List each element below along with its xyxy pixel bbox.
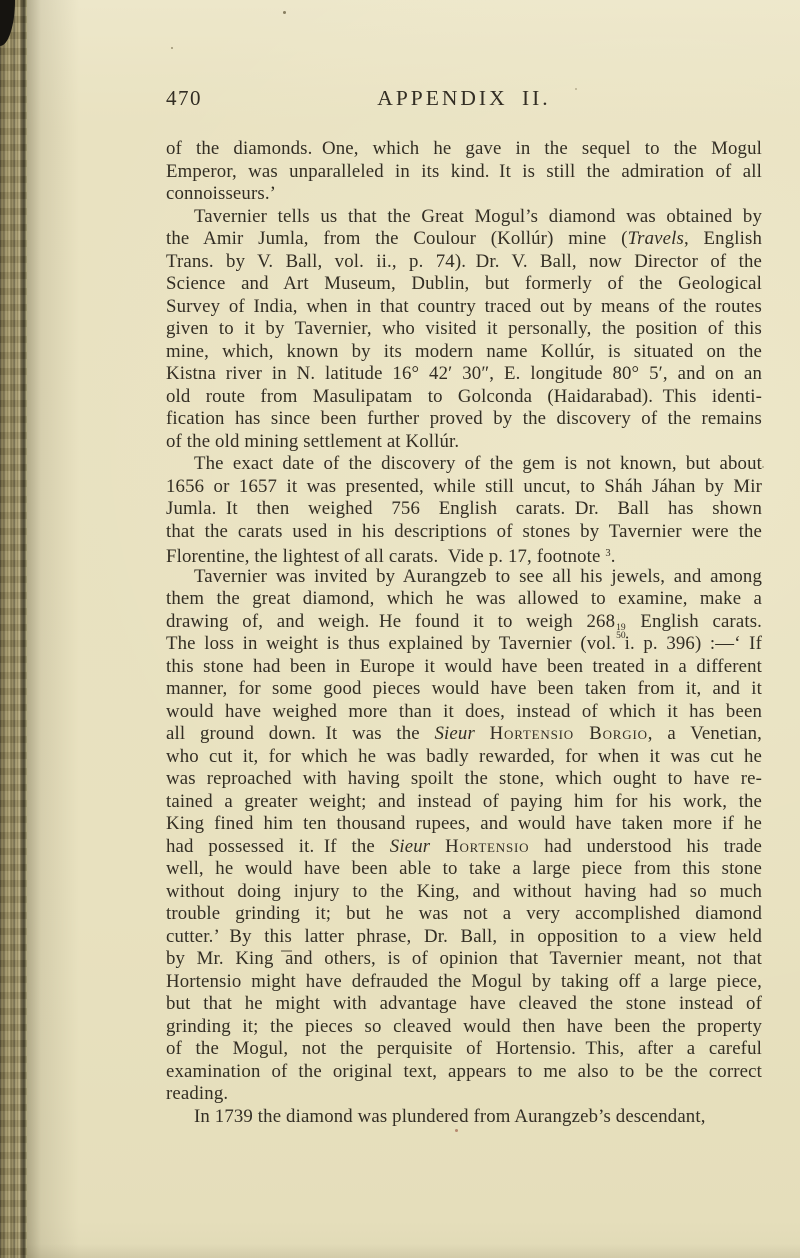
text-line: but that he might with advantage have cl…: [166, 993, 762, 1016]
text-line: drawing of, and weigh. He found it to we…: [166, 611, 762, 634]
text-line: The exact date of the discovery of the g…: [166, 453, 762, 476]
text-line: cutter.’ By this latter phrase, Dr. Ball…: [166, 926, 762, 949]
text-line: of the diamonds. One, which he gave in t…: [166, 138, 762, 161]
text-line: connoisseurs.’: [166, 183, 762, 206]
scan-speck: [762, 466, 764, 468]
text-line: The loss in weight is thus explained by …: [166, 633, 762, 656]
text-line: Hortensio might have defrauded the Mogul…: [166, 971, 762, 994]
text-line: of the Mogul, not the perquisite of Hort…: [166, 1038, 762, 1061]
text-line: Survey of India, when in that country tr…: [166, 296, 762, 319]
text-line: trouble grinding it; but he was not a ve…: [166, 903, 762, 926]
text-line: well, he would have been able to take a …: [166, 858, 762, 881]
italic-text: Sieur: [435, 723, 475, 744]
scan-speck: [455, 1129, 458, 1132]
page-number: 470: [166, 86, 202, 111]
text-line: 1656 or 1657 it was presented, while sti…: [166, 476, 762, 499]
page-header: 470 APPENDIX II.: [166, 86, 762, 112]
text-line: examination of the original text, appear…: [166, 1061, 762, 1084]
gutter-shadow: [27, 0, 79, 1258]
italic-text: Sieur: [390, 836, 430, 857]
text-line: of the old mining settlement at Kollúr.: [166, 431, 762, 454]
text-line: who cut it, for which he was badly rewar…: [166, 746, 762, 769]
superscript: 3: [605, 548, 610, 559]
text-line: Kistna river in N. latitude 16° 42′ 30″,…: [166, 363, 762, 386]
text-line: King fined him ten thousand rupees, and …: [166, 813, 762, 836]
scan-speck: [283, 11, 286, 14]
text-line: reading.: [166, 1083, 762, 1106]
text-line: Florentine, the lightest of all carats. …: [166, 543, 762, 566]
binding-texture: [0, 0, 27, 1258]
text-line: by Mr. King and others, is of opinion th…: [166, 948, 762, 971]
book-binding-edge: [0, 0, 27, 1258]
text-line: that the carats used in his descriptions…: [166, 521, 762, 544]
text-line: Emperor, was unparalleled in its kind. I…: [166, 161, 762, 184]
book-page: 470 APPENDIX II. of the diamonds. One, w…: [0, 0, 800, 1258]
smallcaps-text: Hortensio: [445, 836, 529, 857]
text-line: Science and Art Museum, Dublin, but form…: [166, 273, 762, 296]
text-line: manner, for some good pieces would have …: [166, 678, 762, 701]
smallcaps-text: Hortensio Borgio: [490, 723, 648, 744]
text-line: tained a greater weight; and instead of …: [166, 791, 762, 814]
text-line: this stone had been in Europe it would h…: [166, 656, 762, 679]
text-line: without doing injury to the King, and wi…: [166, 881, 762, 904]
text-line: grinding it; the pieces so cleaved would…: [166, 1016, 762, 1039]
text-line: was reproached with having spoilt the st…: [166, 768, 762, 791]
scan-speck: [171, 47, 173, 49]
text-line: In 1739 the diamond was plundered from A…: [166, 1106, 762, 1129]
running-title: APPENDIX II.: [166, 86, 762, 111]
text-line: the Amir Jumla, from the Coulour (Kollúr…: [166, 228, 762, 251]
text-line: had possessed it. If the Sieur Hortensio…: [166, 836, 762, 859]
text-line: given to it by Tavernier, who visited it…: [166, 318, 762, 341]
text-line: Jumla. It then weighed 756 English carat…: [166, 498, 762, 521]
text-line: old route from Masulipatam to Golconda (…: [166, 386, 762, 409]
text-line: Tavernier tells us that the Great Mogul’…: [166, 206, 762, 229]
italic-text: Travels: [628, 228, 684, 249]
text-line: all ground down. It was the Sieur Horten…: [166, 723, 762, 746]
text-line: Trans. by V. Ball, vol. ii., p. 74). Dr.…: [166, 251, 762, 274]
text-line: Tavernier was invited by Aurangzeb to se…: [166, 566, 762, 589]
text-line: mine, which, known by its modern name Ko…: [166, 341, 762, 364]
text-line: them the great diamond, which he was all…: [166, 588, 762, 611]
text-line: fication has since been further proved b…: [166, 408, 762, 431]
text-line: would have weighed more than it does, in…: [166, 701, 762, 724]
bottom-shade: [0, 1244, 800, 1258]
text-block: of the diamonds. One, which he gave in t…: [166, 138, 762, 1128]
